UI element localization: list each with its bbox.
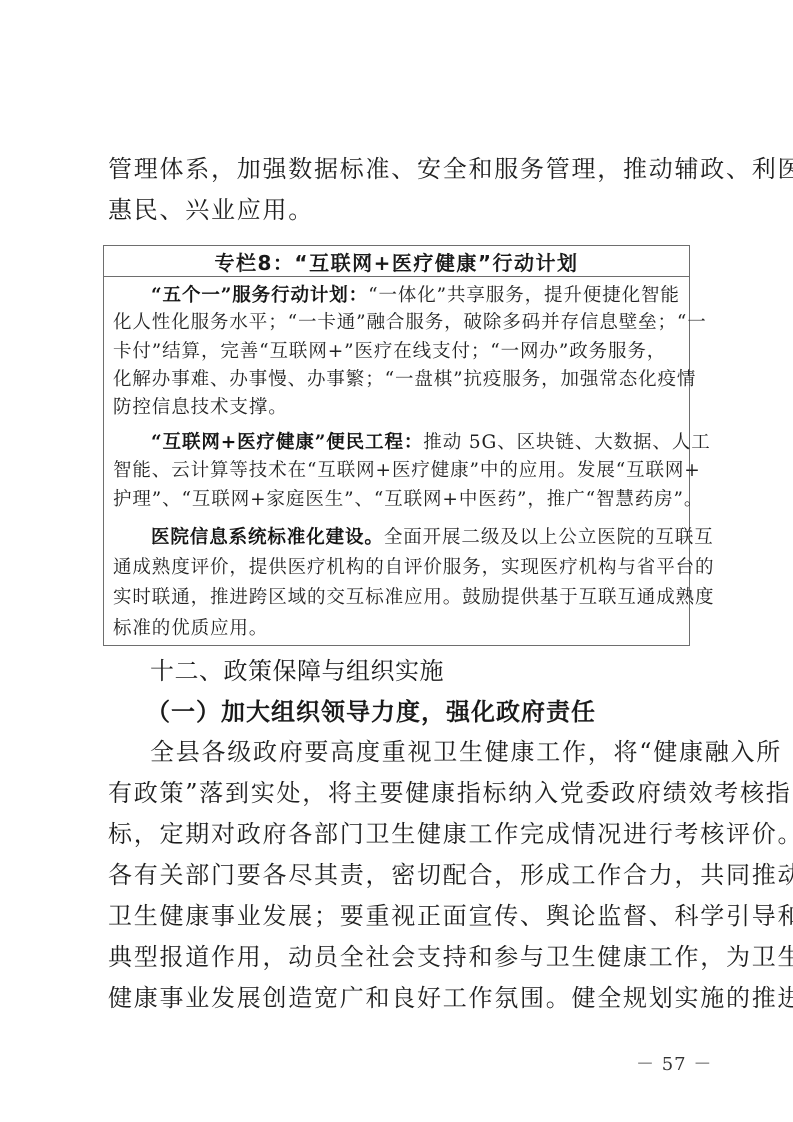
section-body-line-2: 有政策”落到实处，将主要健康指标纳入党委政府绩效考核指 xyxy=(108,781,792,805)
box-paragraph-3-lead: 医院信息系统标准化建设。 xyxy=(151,527,384,548)
section-body-line-1: 全县各级政府要高度重视卫生健康工作，将“健康融入所 xyxy=(150,740,782,764)
section-heading: 十二、政策保障与组织实施 xyxy=(150,659,444,683)
box-paragraph-3-line-3: 实时联通，推进跨区域的交互标准应用。鼓励提供基于互联互通成熟度 xyxy=(113,589,714,608)
section-body-line-6: 典型报道作用，动员全社会支持和参与卫生健康工作，为卫生 xyxy=(108,945,793,969)
box-paragraph-1-text: “一体化”共享服务，提升便捷化智能 xyxy=(368,285,680,306)
box-paragraph-2-line-3: 护理”、“互联网+家庭医生”、“互联网+中医药”，推广“智慧药房”。 xyxy=(113,491,703,510)
box-paragraph-2-lead: “互联网+医疗健康”便民工程： xyxy=(151,432,423,453)
box-paragraph-1-line-1: “五个一”服务行动计划：“一体化”共享服务，提升便捷化智能 xyxy=(151,287,680,306)
box-paragraph-2-line-2: 智能、云计算等技术在“互联网+医疗健康”中的应用。发展“互联网+ xyxy=(113,462,701,481)
section-body-line-7: 健康事业发展创造宽广和良好工作氛围。健全规划实施的推进 xyxy=(108,986,793,1010)
box-paragraph-1-line-4: 化解办事难、办事慢、办事繁；“一盘棋”抗疫服务，加强常态化疫情 xyxy=(113,371,696,390)
section-body-line-3: 标，定期对政府各部门卫生健康工作完成情况进行考核评价。 xyxy=(108,822,793,846)
box-paragraph-1-line-2: 化人性化服务水平；“一卡通”融合服务，破除多码并存信息壁垒；“一 xyxy=(113,314,707,333)
page-number: － 57 － xyxy=(636,1050,712,1076)
intro-line-1: 管理体系，加强数据标准、安全和服务管理，推动辅政、利医、 xyxy=(108,157,793,181)
section-body-line-4: 各有关部门要各尽其责，密切配合，形成工作合力，共同推动 xyxy=(108,863,793,887)
sidebar-box-title: 专栏8：“互联网+医疗健康”行动计划 xyxy=(104,246,689,277)
sidebar-box: 专栏8：“互联网+医疗健康”行动计划 “五个一”服务行动计划：“一体化”共享服务… xyxy=(103,245,690,646)
intro-line-2: 惠民、兴业应用。 xyxy=(108,198,314,222)
box-paragraph-2-line-1: “互联网+医疗健康”便民工程：推动 5G、区块链、大数据、人工 xyxy=(151,434,711,453)
box-paragraph-3-line-1: 医院信息系统标准化建设。全面开展二级及以上公立医院的互联互 xyxy=(151,529,714,548)
box-paragraph-3-line-2: 通成熟度评价，提供医疗机构的自评价服务，实现医疗机构与省平台的 xyxy=(113,559,714,578)
box-paragraph-1-lead: “五个一”服务行动计划： xyxy=(151,285,368,306)
box-paragraph-3-text: 全面开展二级及以上公立医院的互联互 xyxy=(384,527,714,548)
box-paragraph-1-line-5: 防控信息技术支撑。 xyxy=(113,399,288,418)
box-paragraph-3-line-4: 标准的优质应用。 xyxy=(113,620,268,639)
section-body-line-5: 卫生健康事业发展；要重视正面宣传、舆论监督、科学引导和 xyxy=(108,904,793,928)
box-paragraph-2-text: 推动 5G、区块链、大数据、人工 xyxy=(423,432,710,453)
section-subheading: （一）加大组织领导力度，强化政府责任 xyxy=(146,700,596,724)
box-paragraph-1-line-3: 卡付”结算，完善“互联网+”医疗在线支付；“一网办”政务服务， xyxy=(113,343,666,362)
